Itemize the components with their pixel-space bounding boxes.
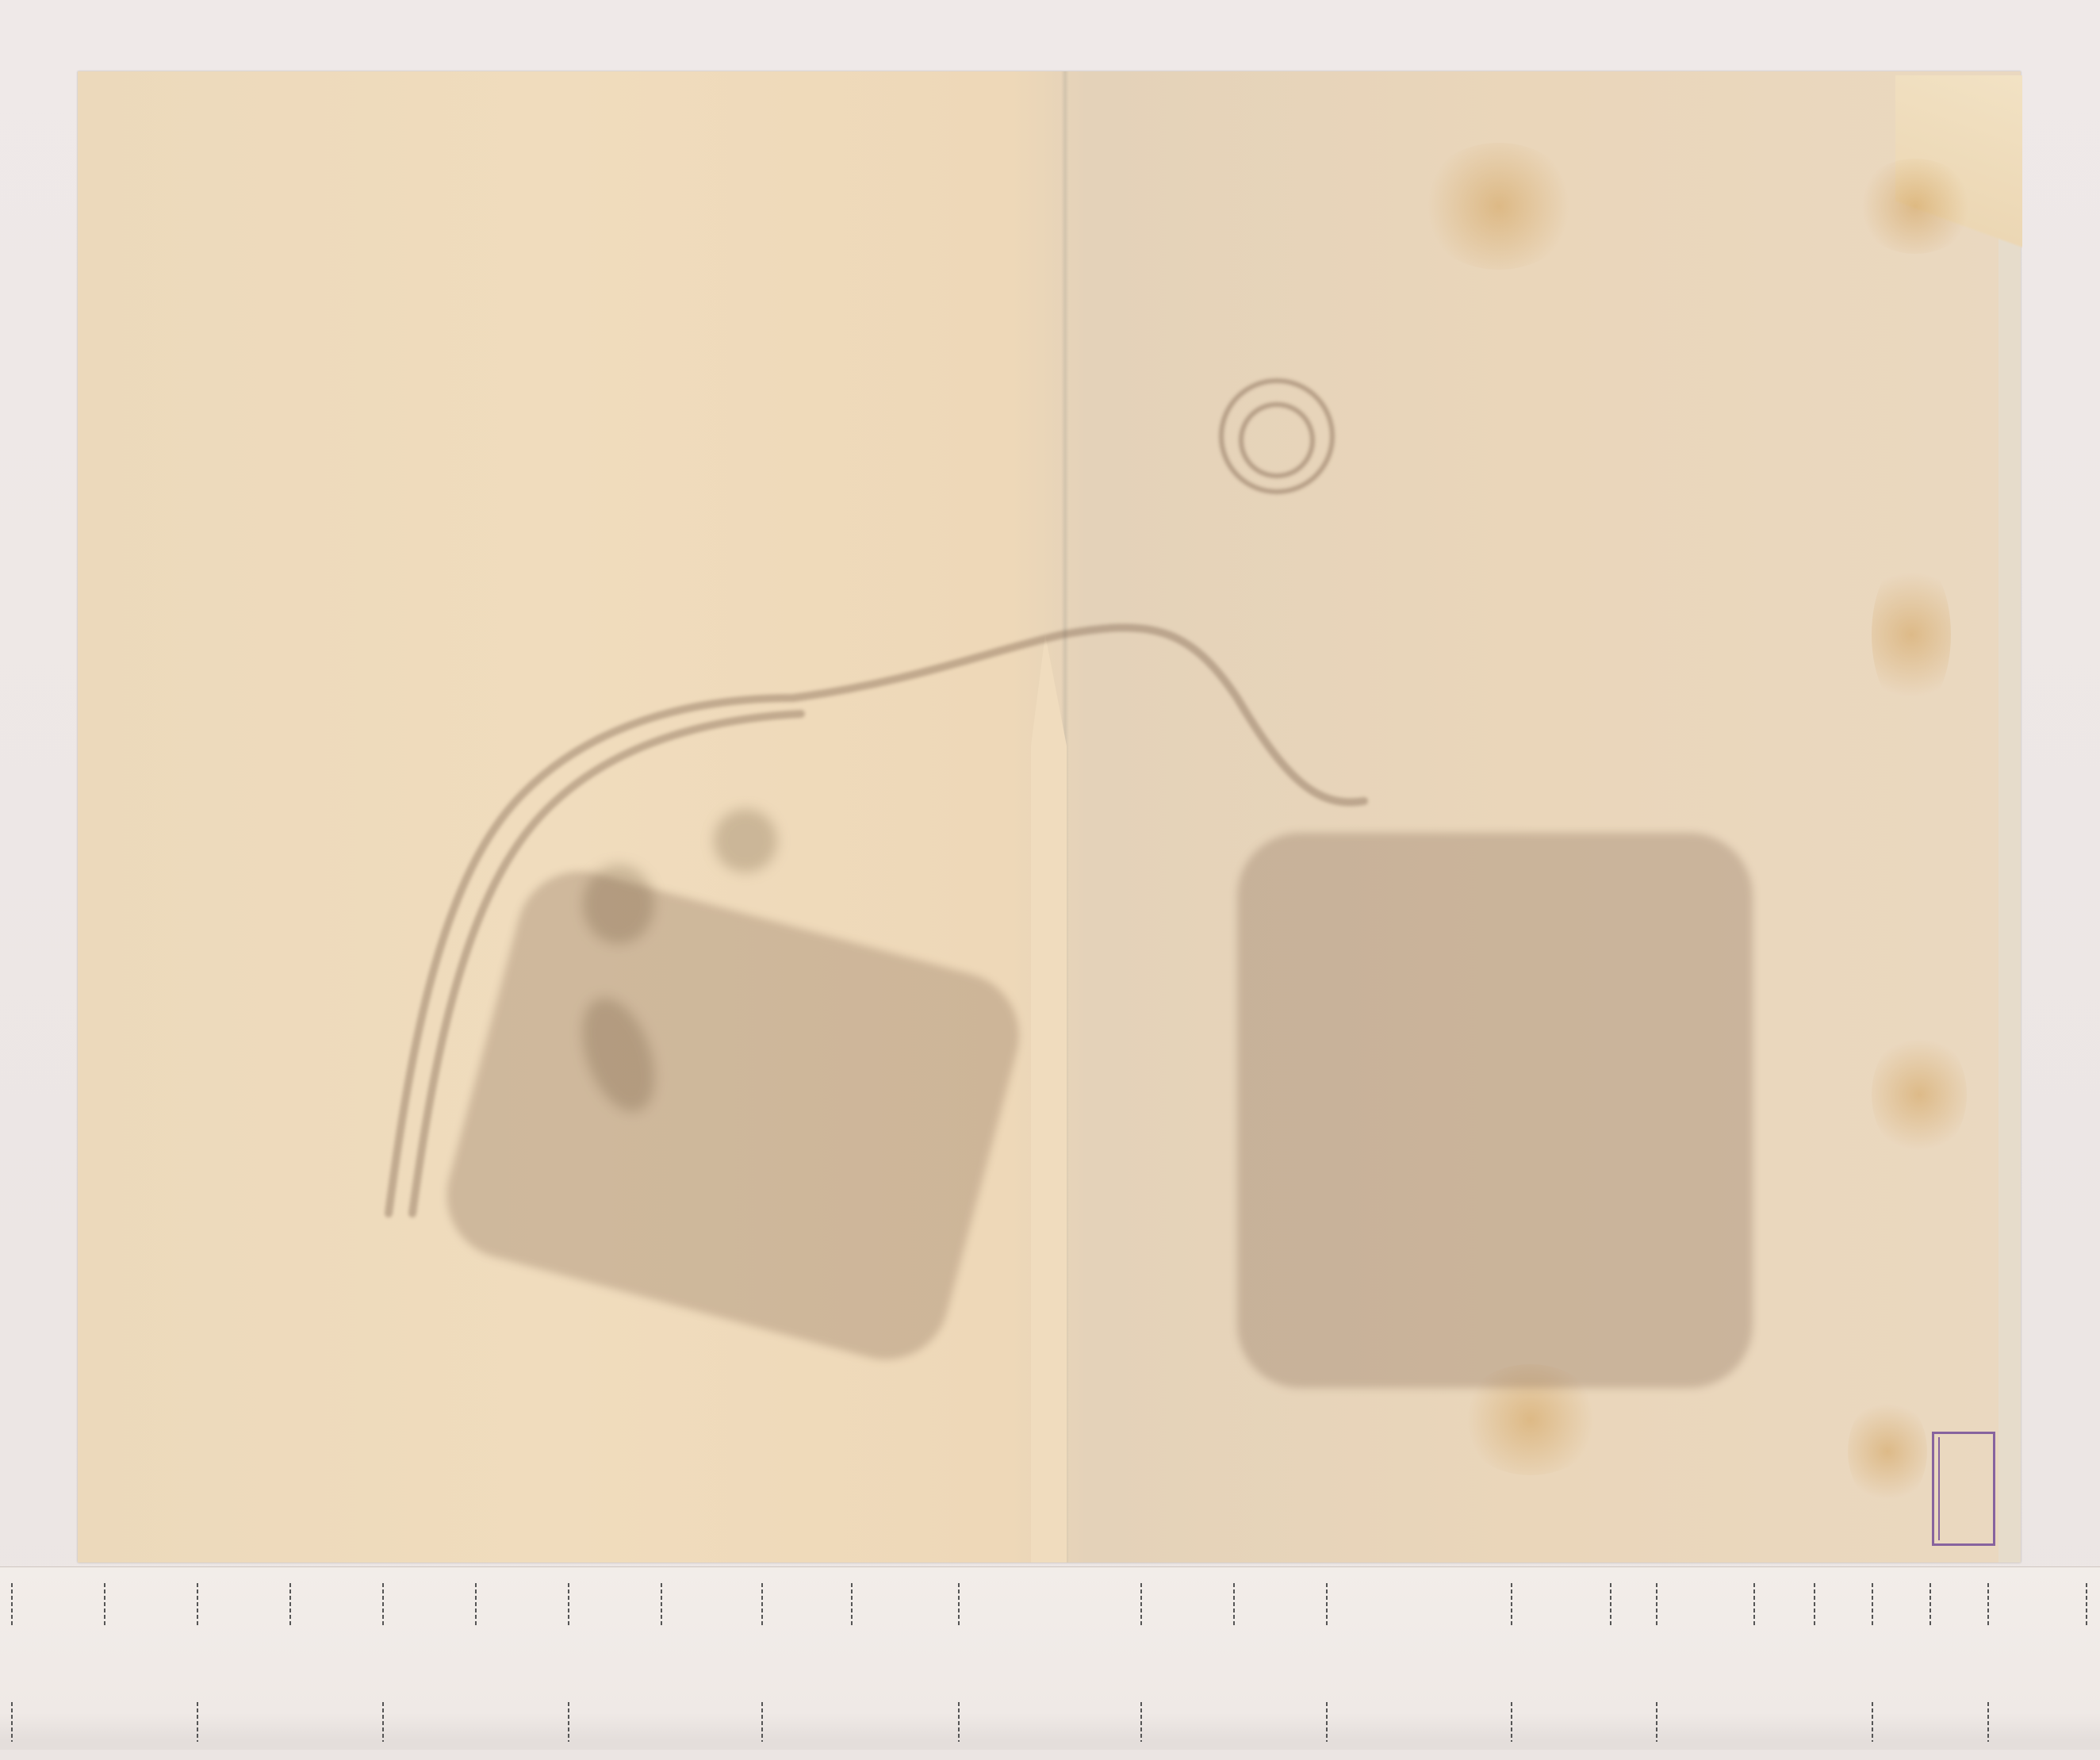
ruler-tick: [1610, 1583, 1611, 1627]
ruler-tick: [197, 1702, 198, 1742]
water-stain: [1848, 1396, 1927, 1507]
ruler-tick: [761, 1702, 763, 1742]
ruler-tick: [382, 1702, 384, 1742]
ruler-tick: [958, 1583, 960, 1627]
ruler-tick: [1929, 1583, 1931, 1627]
ruler-tick: [1656, 1702, 1657, 1742]
archive-stamp-row: [1960, 1437, 1972, 1540]
ruler-tick: [1814, 1583, 1815, 1627]
ruler-tick: [475, 1583, 477, 1627]
archive-stamp: [1932, 1432, 1995, 1546]
ruler-tick: [1140, 1702, 1142, 1742]
ruler-tick: [289, 1583, 291, 1627]
ruler-tick: [11, 1702, 13, 1742]
ruler-tick: [851, 1583, 853, 1627]
ruler-tick: [568, 1583, 569, 1627]
ruler-tick: [1656, 1583, 1657, 1627]
archive-stamp-title: [1938, 1437, 1940, 1540]
ruler-tick: [197, 1583, 198, 1627]
ruler-tick: [382, 1583, 384, 1627]
ruler-tick: [761, 1583, 763, 1627]
ruler-tick: [1326, 1702, 1328, 1742]
ruler-tick: [1987, 1583, 1989, 1627]
ruler-tick: [11, 1583, 13, 1627]
ruler-tick: [958, 1702, 960, 1742]
ruler-tick: [1140, 1583, 1142, 1627]
water-stain: [1420, 143, 1578, 270]
water-stain: [1856, 159, 1975, 254]
ruler-tick: [661, 1583, 662, 1627]
water-stain: [1872, 1031, 1967, 1158]
ruler-tick: [2086, 1583, 2087, 1627]
ruler-tick: [1511, 1583, 1512, 1627]
scale-ruler: [0, 1566, 2100, 1750]
ruler-tick: [1872, 1583, 1873, 1627]
ruler-tick: [104, 1583, 105, 1627]
water-stain: [1872, 555, 1951, 714]
paper-repair-strip: [1031, 635, 1067, 1563]
archive-stamp-row: [1977, 1437, 1989, 1540]
ruler-tick: [1511, 1702, 1512, 1742]
ruler-tick: [1326, 1583, 1328, 1627]
water-stain: [1459, 1364, 1602, 1475]
ruler-tick: [1753, 1583, 1755, 1627]
ruler-tick: [568, 1702, 569, 1742]
archive-stamp-row: [1945, 1437, 1956, 1540]
ruler-tick: [1872, 1702, 1873, 1742]
ruler-tick: [1233, 1583, 1235, 1627]
ruler-tick: [1987, 1702, 1989, 1742]
